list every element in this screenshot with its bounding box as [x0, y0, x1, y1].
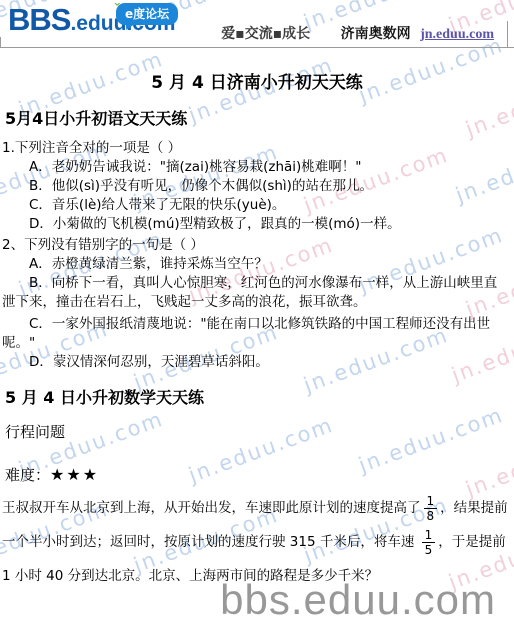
- page: jn.eduu.comjn.eduu.comjn.eduu.comjn.eduu…: [0, 0, 514, 634]
- site-link[interactable]: jn.eduu.com: [420, 27, 494, 42]
- math-problem: 王叔叔开车从北京到上海，从开始出发，车速即此原计划的速度提高了18，结果提前一个…: [2, 491, 510, 593]
- fraction-denominator: 5: [422, 543, 436, 556]
- logo-text-edu: .edu: [70, 12, 113, 35]
- fraction-one-eighth: 18: [424, 495, 438, 522]
- difficulty-stars: ★★★: [50, 465, 99, 484]
- question-2-option-c: C．一家外国报纸清蔑地说："能在南口以北修筑铁路的中国工程师还没有出世呢。": [2, 315, 510, 353]
- doc-title: 5 月 4 日济南小升初天天练: [0, 68, 514, 93]
- difficulty-label: 难度：: [5, 466, 50, 484]
- fraction-numerator: 1: [424, 495, 438, 509]
- math-topic: 行程问题: [5, 421, 514, 442]
- question-1-option-a: A．老奶奶告诫我说："摘(zai)桃容易栽(zhāi)桃难啊！": [2, 158, 510, 177]
- fraction-denominator: 8: [424, 509, 438, 522]
- fraction-numerator: 1: [422, 529, 436, 543]
- math-section-heading: 5 月 4 日小升初数学天天练: [5, 385, 514, 408]
- tagline: 爱▪交流▪成长: [221, 26, 310, 42]
- fraction-one-fifth: 15: [422, 529, 436, 556]
- question-2-option-a: A．赤橙黄绿清兰紫，谁持采炼当空午？: [2, 255, 510, 274]
- difficulty-row: 难度：★★★: [5, 464, 514, 485]
- question-1-stem: 1.下列注音全对的一项是（ ）: [2, 139, 510, 158]
- question-2-stem: 2、下列没有错别字的一句是（ ）: [2, 236, 510, 255]
- site-logo[interactable]: BBS.eduuˇ.com e度论坛: [8, 2, 175, 38]
- forum-badge: e度论坛: [116, 3, 178, 25]
- question-1-option-b: B．他似(sì)乎没有听见，仍像个木偶似(shì)的站在那儿。: [2, 177, 510, 196]
- problem-text-1: 王叔叔开车从北京到上海，从开始出发，车速即此原计划的速度提高了: [2, 500, 421, 516]
- question-2-option-d: D．蒙汉情深何忍别，天涯碧草话斜阳。: [2, 353, 510, 372]
- question-1-option-d: D．小菊做的飞机模(mú)型精致极了，跟真的一模(mó)一样。: [2, 215, 510, 234]
- site-header: BBS.eduuˇ.com e度论坛 爱▪交流▪成长 济南奥数网 jn.eduu…: [0, 0, 514, 48]
- chinese-section-heading: 5月4日小升初语文天天练: [5, 106, 514, 129]
- question-1-option-c: C．音乐(lè)给人带来了无限的快乐(yuè)。: [2, 196, 510, 215]
- site-name: 济南奥数网: [341, 26, 411, 42]
- logo-text-bbs: BBS: [8, 2, 70, 37]
- question-2-option-b: B．向桥下一看，真叫人心惊胆寒，红河色的河水像瀑布一样，从上游山峡里直泄下来，撞…: [2, 274, 510, 312]
- header-tagline-row: 爱▪交流▪成长 济南奥数网 jn.eduu.com: [221, 23, 494, 43]
